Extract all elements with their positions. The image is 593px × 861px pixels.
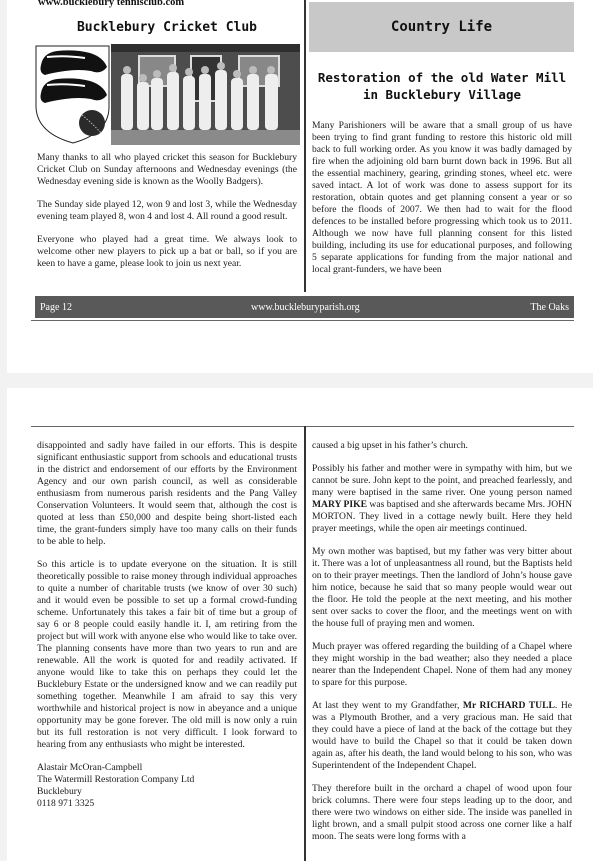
page-number: Page 12 xyxy=(40,302,72,313)
column-divider xyxy=(304,0,306,292)
mill-paragraph: disappointed and sadly have failed in ou… xyxy=(37,440,297,548)
mill-paragraph: So this article is to update everyone on… xyxy=(37,559,297,751)
mill-article-continued: disappointed and sadly have failed in ou… xyxy=(37,440,297,810)
country-life-header: Country Life xyxy=(309,2,574,52)
mill-paragraph: Many Parishioners will be aware that a s… xyxy=(312,120,572,276)
author-place: Bucklebury xyxy=(37,786,297,798)
bold-name: MARY PIKE xyxy=(312,499,367,510)
history-paragraph: At last they went to my Grandfather, Mr … xyxy=(312,700,572,772)
parish-url[interactable]: www.buckleburyparish.org xyxy=(251,302,360,313)
cricket-paragraph: Many thanks to all who played cricket th… xyxy=(37,152,297,188)
cricket-paragraph: Everyone who played had a great time. We… xyxy=(37,234,297,270)
history-paragraph: They therefore built in the orchard a ch… xyxy=(312,783,572,843)
column-divider xyxy=(304,426,306,861)
cricket-article: Many thanks to all who played cricket th… xyxy=(37,152,297,281)
text-run: Possibly his father and mother were in s… xyxy=(312,463,572,498)
chapel-history-article: caused a big upset in his father’s churc… xyxy=(312,440,572,854)
section-name: The Oaks xyxy=(530,302,569,313)
mill-article: Many Parishioners will be aware that a s… xyxy=(312,120,572,287)
history-paragraph: Much prayer was offered regarding the bu… xyxy=(312,641,572,689)
bold-name: Mr RICHARD TULL xyxy=(463,700,555,711)
author-name: Alastair McOran-Campbell xyxy=(37,762,297,774)
signature-block: Alastair McOran-Campbell The Watermill R… xyxy=(37,762,297,810)
text-run: At last they went to my Grandfather, xyxy=(312,700,463,711)
page-footer: Page 12 www.buckleburyparish.org The Oak… xyxy=(35,296,574,318)
cricket-paragraph: The Sunday side played 12, won 9 and los… xyxy=(37,199,297,223)
author-company: The Watermill Restoration Company Ltd xyxy=(37,774,297,786)
mill-article-title: Restoration of the old Water Mill in Buc… xyxy=(312,69,572,103)
author-phone: 0118 971 3325 xyxy=(37,798,297,810)
page-13: disappointed and sadly have failed in ou… xyxy=(7,388,593,861)
tennis-club-url[interactable]: www.bucklebury tennisclub.com xyxy=(38,0,184,8)
history-paragraph: Possibly his father and mother were in s… xyxy=(312,463,572,535)
cricket-team-photo xyxy=(111,44,300,145)
history-paragraph: My own mother was baptised, but my fathe… xyxy=(312,546,572,630)
history-paragraph: caused a big upset in his father’s churc… xyxy=(312,440,572,452)
cricket-club-title: Bucklebury Cricket Club xyxy=(35,20,299,35)
badger-crest-icon xyxy=(35,45,111,144)
page-bottom-rule xyxy=(31,320,574,321)
page-12: www.bucklebury tennisclub.com Bucklebury… xyxy=(7,0,593,373)
header-rule xyxy=(31,426,574,427)
